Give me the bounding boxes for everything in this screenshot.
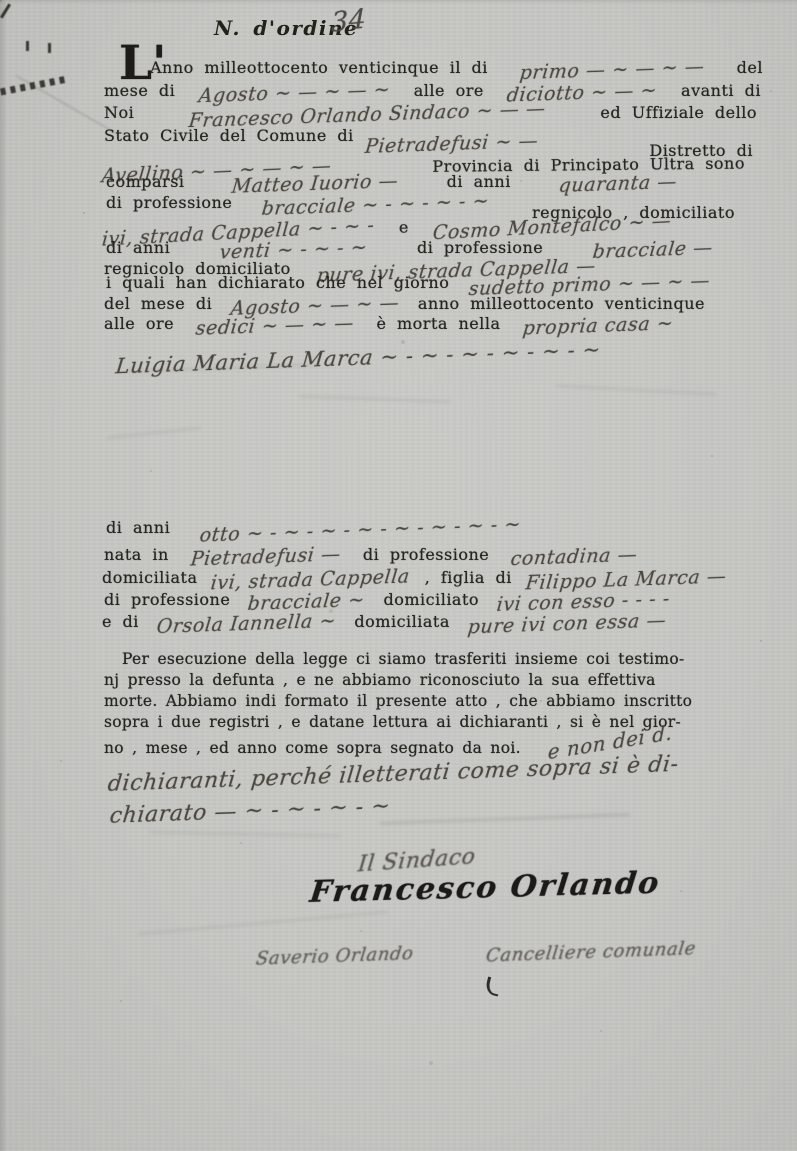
scanned-death-record-page: N. d'ordine 34 L' Anno milleottocento ve…	[0, 0, 797, 1151]
text-segment: nj presso la defunta , e ne abbiamo rico…	[104, 671, 656, 689]
text-segment: domiciliata	[102, 568, 197, 587]
line-declaration-day: i quali han dichiarato che nel giornosud…	[106, 271, 711, 293]
line-deceased-age: di anniotto ~ - ~ - ~ - ~ - ~ - ~ - ~ - …	[106, 516, 522, 538]
line-witness2-age-profession: di anniventi ~ - ~ - ~di professionebrac…	[106, 236, 713, 258]
bleedthrough-smudge	[380, 814, 630, 825]
signature-clerk-title: Cancelliere comunale	[485, 938, 698, 966]
paper-speckles	[0, 0, 2, 2]
text-segment: sopra i due registri , e datane lettura …	[104, 713, 681, 731]
text-segment: di professione	[104, 590, 230, 609]
text-segment: e	[399, 218, 409, 237]
ink-mark-ticks	[26, 41, 29, 51]
line-father-profession: di professionebracciale ~domiciliatoivi …	[104, 588, 670, 610]
text-segment: Anno milleottocento venticinque il di	[150, 58, 488, 77]
line-official-name: NoiFrancesco Orlando Sindaco ~ — —ed Uff…	[104, 101, 757, 123]
illiteracy-note-line2: chiarato — ~ - ~ - ~ - ~	[110, 796, 391, 821]
text-segment: Stato Civile del Comune di	[104, 126, 354, 145]
text-segment: e di	[102, 612, 139, 631]
text-segment: Per esecuzione della legge ci siamo tras…	[122, 650, 685, 668]
text-segment: di professione	[363, 545, 489, 564]
text-segment: domiciliata	[354, 612, 449, 631]
text-segment: dichiaranti, perché illetterati come sop…	[107, 752, 680, 797]
text-segment: morte. Abbiamo indi formato il presente …	[104, 692, 692, 710]
text-segment: Luigia Maria La Marca ~ - ~ - ~ - ~ - ~ …	[115, 337, 603, 378]
line-death-hour-place: alle oresedici ~ — ~ —è morta nellapropr…	[104, 312, 673, 334]
text-segment: comparsi	[106, 172, 185, 191]
line-birthplace-profession: nata inPietradefusi —di professioneconta…	[104, 543, 638, 565]
text-segment: bracciale —	[591, 237, 713, 263]
line-residence-father: domiciliataivi, strada Cappella, figlia …	[102, 566, 727, 588]
line-commune: Stato Civile del Comune diPietradefusi ~…	[104, 124, 539, 146]
text-segment: avanti di	[681, 81, 761, 100]
ink-mark-diagonal	[16, 75, 117, 134]
text-segment: di anni	[106, 238, 170, 257]
closing-paragraph-line3: morte. Abbiamo indi formato il presente …	[104, 692, 692, 710]
closing-paragraph-line1: Per esecuzione della legge ci siamo tras…	[122, 650, 685, 668]
line-witness1-name-age: comparsiMatteo Iuorio —di anniquaranta —	[106, 170, 677, 192]
text-segment: di professione	[417, 238, 543, 257]
text-segment: Noi	[104, 103, 134, 122]
closing-paragraph-line4: sopra i due registri , e datane lettura …	[104, 713, 681, 731]
illiteracy-note-line1: dichiaranti, perché illetterati come sop…	[108, 759, 679, 784]
text-segment: mese di	[104, 81, 175, 100]
bleedthrough-smudge	[300, 395, 450, 402]
line-witness1-profession: di professionebracciale ~ - ~ - ~ - ~	[106, 191, 490, 213]
text-segment: di anni	[447, 172, 511, 191]
line-deceased-name: Luigia Maria La Marca ~ - ~ - ~ - ~ - ~ …	[116, 343, 601, 367]
text-segment: sedici ~ — ~ —	[195, 312, 356, 340]
text-segment: pure ivi con essa —	[466, 610, 667, 639]
text-segment: di anni	[106, 518, 170, 537]
text-segment: domiciliato	[383, 590, 479, 609]
text-segment: alle ore	[414, 81, 484, 100]
text-segment: otto ~ - ~ - ~ - ~ - ~ - ~ - ~ - ~	[199, 513, 523, 546]
page-top-edge-shadow	[0, 0, 797, 4]
text-segment: ed Uffiziale dello	[600, 103, 757, 122]
page-left-edge-shadow	[0, 0, 7, 1151]
text-segment: è morta nella	[376, 314, 500, 333]
bleedthrough-smudge	[150, 831, 340, 836]
text-segment: Orsola Iannella ~	[155, 610, 337, 638]
text-segment: propria casa ~	[521, 312, 674, 339]
text-segment: alle ore	[104, 314, 174, 333]
bleedthrough-smudge	[138, 911, 387, 935]
line-mother: e diOrsola Iannella ~domiciliatapure ivi…	[102, 610, 666, 632]
bleedthrough-smudge	[106, 427, 201, 439]
line-year-and-day: Anno milleottocento venticinque il dipri…	[150, 56, 763, 78]
text-segment: , figlia di	[425, 568, 512, 587]
ink-blot-bottom	[484, 977, 502, 997]
text-segment: no , mese , ed anno come sopra segnato d…	[104, 739, 521, 757]
text-segment: del mese di	[104, 294, 212, 313]
text-segment: di professione	[106, 193, 232, 212]
line-declaration-month-year: del mese diAgosto ~ — ~ —anno milleottoc…	[104, 292, 705, 314]
text-segment: quaranta —	[557, 171, 678, 197]
signature-clerk-name: Saverio Orlando	[255, 943, 415, 970]
text-segment: i quali han dichiarato che nel giorno	[106, 273, 449, 292]
closing-paragraph-line2: nj presso la defunta , e ne abbiamo rico…	[104, 671, 656, 689]
order-number-value: 34	[331, 4, 366, 39]
text-segment: chiarato — ~ - ~ - ~ - ~	[108, 794, 391, 829]
line-month-and-hour: mese diAgosto ~ — ~ — ~alle orediciotto …	[104, 79, 761, 101]
text-segment: anno milleottocento venticinque	[418, 294, 705, 313]
bleedthrough-smudge	[556, 385, 716, 395]
text-segment: del	[737, 58, 763, 77]
text-segment: nata in	[104, 545, 169, 564]
